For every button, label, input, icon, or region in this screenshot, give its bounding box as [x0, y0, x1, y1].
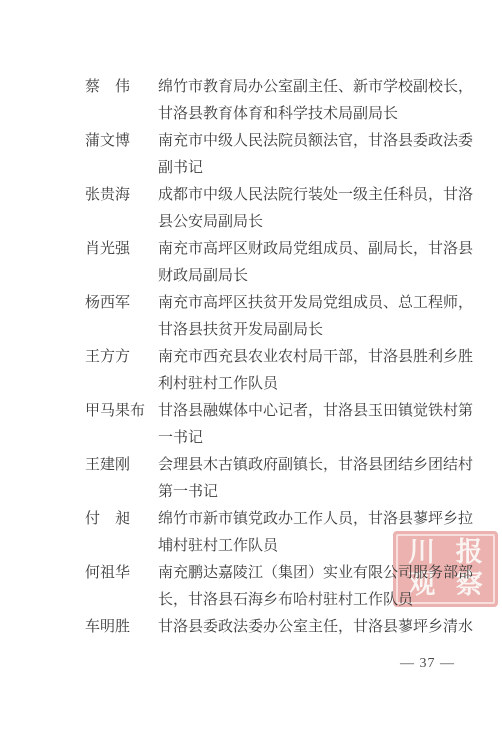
entry-description: 会理县木古镇政府副镇长，甘洛县团结乡团结村第一书记 [158, 452, 460, 506]
entry-description-line: 第一书记 [158, 479, 460, 506]
entry-description-line: 副书记 [158, 155, 460, 182]
entry-description-line: 南充鹏达嘉陵江（集团）实业有限公司服务部部 [158, 560, 460, 587]
entry-description: 南充鹏达嘉陵江（集团）实业有限公司服务部部长，甘洛县石海乡布哈村驻村工作队员 [158, 560, 460, 614]
entry-description-line: 绵竹市教育局办公室副主任、新市学校副校长， [158, 74, 460, 101]
entry-row: 蒲文博 南充市中级人民法院员额法官，甘洛县委政法委副书记 [85, 128, 460, 182]
entry-description-line: 一书记 [158, 425, 460, 452]
entry-description: 南充市高坪区扶贫开发局党组成员、总工程师，甘洛县扶贫开发局副局长 [158, 290, 460, 344]
entry-description-line: 绵竹市新市镇党政办工作人员，甘洛县蓼坪乡拉 [158, 506, 460, 533]
entry-row: 王建刚 会理县木古镇政府副镇长，甘洛县团结乡团结村第一书记 [85, 452, 460, 506]
entry-description-line: 南充市高坪区扶贫开发局党组成员、总工程师， [158, 290, 460, 317]
entry-description: 甘洛县委政法委办公室主任，甘洛县蓼坪乡清水 [158, 614, 460, 641]
entry-description-line: 甘洛县扶贫开发局副局长 [158, 317, 460, 344]
entry-description-line: 长，甘洛县石海乡布哈村驻村工作队员 [158, 587, 460, 614]
entry-description-line: 会理县木古镇政府副镇长，甘洛县团结乡团结村 [158, 452, 460, 479]
entry-description: 绵竹市新市镇党政办工作人员，甘洛县蓼坪乡拉埔村驻村工作队员 [158, 506, 460, 560]
entry-description: 南充市高坪区财政局党组成员、副局长，甘洛县财政局副局长 [158, 236, 460, 290]
entry-row: 王方方 南充市西充县农业农村局干部，甘洛县胜利乡胜利村驻村工作队员 [85, 344, 460, 398]
entry-description-line: 南充市西充县农业农村局干部，甘洛县胜利乡胜 [158, 344, 460, 371]
entry-row: 何祖华 南充鹏达嘉陵江（集团）实业有限公司服务部部长，甘洛县石海乡布哈村驻村工作… [85, 560, 460, 614]
document-page: 川 报 观 察 蔡 伟 绵竹市教育局办公室副主任、新市学校副校长，甘洛县教育体育… [0, 0, 502, 730]
entry-description-line: 县公安局副局长 [158, 209, 460, 236]
entry-name: 付 昶 [85, 506, 147, 533]
entry-description-line: 埔村驻村工作队员 [158, 533, 460, 560]
entry-name: 王建刚 [85, 452, 147, 479]
entry-description-line: 财政局副局长 [158, 263, 460, 290]
entry-description: 南充市中级人民法院员额法官，甘洛县委政法委副书记 [158, 128, 460, 182]
entry-description: 南充市西充县农业农村局干部，甘洛县胜利乡胜利村驻村工作队员 [158, 344, 460, 398]
entry-name: 何祖华 [85, 560, 147, 587]
entry-list: 蔡 伟 绵竹市教育局办公室副主任、新市学校副校长，甘洛县教育体育和科学技术局副局… [85, 74, 460, 641]
entry-row: 甲马果布 甘洛县融媒体中心记者，甘洛县玉田镇觉铁村第一书记 [85, 398, 460, 452]
entry-row: 蔡 伟 绵竹市教育局办公室副主任、新市学校副校长，甘洛县教育体育和科学技术局副局… [85, 74, 460, 128]
entry-name: 车明胜 [85, 614, 147, 641]
entry-name: 张贵海 [85, 182, 147, 209]
entry-description-line: 南充市高坪区财政局党组成员、副局长，甘洛县 [158, 236, 460, 263]
page-number: — 37 — [400, 654, 455, 674]
entry-name: 蒲文博 [85, 128, 147, 155]
entry-name: 甲马果布 [85, 398, 147, 425]
entry-description: 绵竹市教育局办公室副主任、新市学校副校长，甘洛县教育体育和科学技术局副局长 [158, 74, 460, 128]
entry-row: 肖光强 南充市高坪区财政局党组成员、副局长，甘洛县财政局副局长 [85, 236, 460, 290]
entry-description-line: 甘洛县教育体育和科学技术局副局长 [158, 101, 460, 128]
entry-description-line: 南充市中级人民法院员额法官，甘洛县委政法委 [158, 128, 460, 155]
entry-name: 蔡 伟 [85, 74, 147, 101]
entry-name: 杨西军 [85, 290, 147, 317]
entry-description: 甘洛县融媒体中心记者，甘洛县玉田镇觉铁村第一书记 [158, 398, 460, 452]
entry-description-line: 甘洛县融媒体中心记者，甘洛县玉田镇觉铁村第 [158, 398, 460, 425]
entry-row: 付 昶 绵竹市新市镇党政办工作人员，甘洛县蓼坪乡拉埔村驻村工作队员 [85, 506, 460, 560]
entry-description-line: 甘洛县委政法委办公室主任，甘洛县蓼坪乡清水 [158, 614, 460, 641]
entry-description-line: 利村驻村工作队员 [158, 371, 460, 398]
entry-description: 成都市中级人民法院行装处一级主任科员，甘洛县公安局副局长 [158, 182, 460, 236]
entry-row: 车明胜 甘洛县委政法委办公室主任，甘洛县蓼坪乡清水 [85, 614, 460, 641]
entry-description-line: 成都市中级人民法院行装处一级主任科员，甘洛 [158, 182, 460, 209]
entry-row: 张贵海 成都市中级人民法院行装处一级主任科员，甘洛县公安局副局长 [85, 182, 460, 236]
entry-name: 王方方 [85, 344, 147, 371]
entry-row: 杨西军 南充市高坪区扶贫开发局党组成员、总工程师，甘洛县扶贫开发局副局长 [85, 290, 460, 344]
entry-name: 肖光强 [85, 236, 147, 263]
